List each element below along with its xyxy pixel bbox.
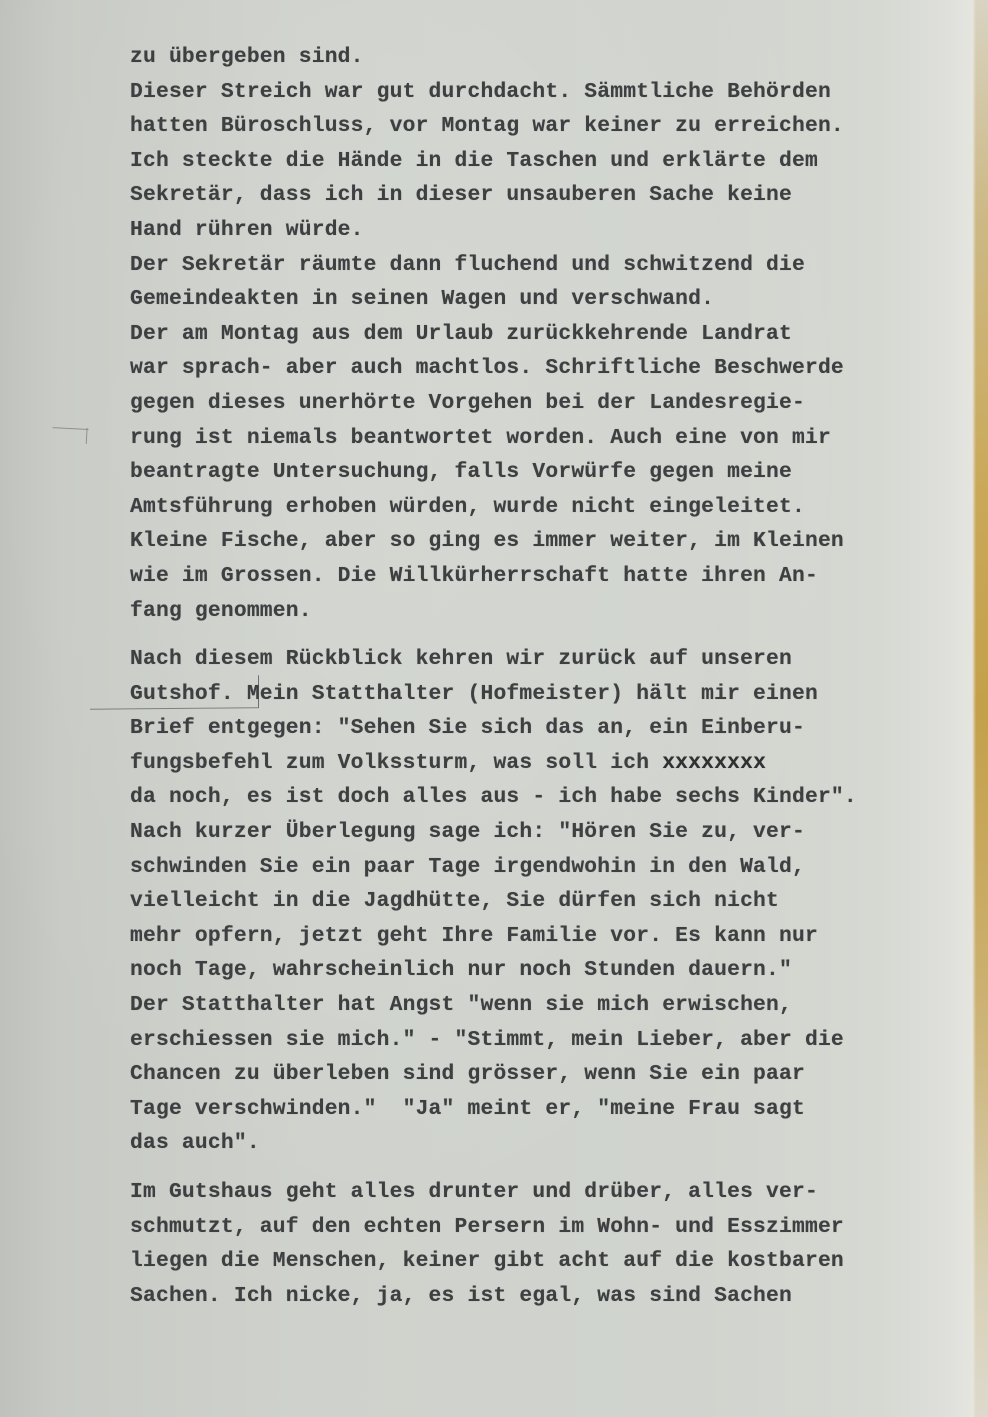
text-line: Dieser Streich war gut durchdacht. Sämmt… — [130, 75, 930, 110]
text-line: Hand rühren würde. — [130, 213, 930, 248]
paragraph-gap — [130, 628, 930, 642]
text-line: schwinden Sie ein paar Tage irgendwohin … — [130, 850, 930, 885]
paragraph-2: Nach diesem Rückblick kehren wir zurück … — [130, 642, 930, 1161]
text-line-with-strikeout: fungsbefehl zum Volkssturm, was soll ich… — [130, 746, 930, 781]
text-line: vielleicht in die Jagdhütte, Sie dürfen … — [130, 884, 930, 919]
text-line: rung ist niemals beantwortet worden. Auc… — [130, 421, 930, 456]
text-line: erschiessen sie mich." - "Stimmt, mein L… — [130, 1023, 930, 1058]
text-line: noch Tage, wahrscheinlich nur noch Stund… — [130, 953, 930, 988]
text-line: Kleine Fische, aber so ging es immer wei… — [130, 524, 930, 559]
text-line: Tage verschwinden." "Ja" meint er, "mein… — [130, 1092, 930, 1127]
text-line: hatten Büroschluss, vor Montag war keine… — [130, 109, 930, 144]
struck-out-text: xxxxxxxx — [662, 751, 766, 775]
text-line: Nach diesem Rückblick kehren wir zurück … — [130, 642, 930, 677]
text-line: das auch". — [130, 1126, 930, 1161]
text-line: gegen dieses unerhörte Vorgehen bei der … — [130, 386, 930, 421]
paper-edge — [972, 0, 988, 1417]
text-line: beantragte Untersuchung, falls Vorwürfe … — [130, 455, 930, 490]
text-line: Nach kurzer Überlegung sage ich: "Hören … — [130, 815, 930, 850]
text-line: schmutzt, auf den echten Persern im Wohn… — [130, 1210, 930, 1245]
text-line: Im Gutshaus geht alles drunter und drübe… — [130, 1175, 930, 1210]
text-line: Chancen zu überleben sind grösser, wenn … — [130, 1057, 930, 1092]
text-segment: fungsbefehl zum Volkssturm, was soll ich — [130, 751, 662, 775]
text-line: Ich steckte die Hände in die Taschen und… — [130, 144, 930, 179]
text-line: liegen die Menschen, keiner gibt acht au… — [130, 1244, 930, 1279]
text-line: mehr opfern, jetzt geht Ihre Familie vor… — [130, 919, 930, 954]
text-line: Der Statthalter hat Angst "wenn sie mich… — [130, 988, 930, 1023]
paragraph-3: Im Gutshaus geht alles drunter und drübe… — [130, 1175, 930, 1313]
text-line: da noch, es ist doch alles aus - ich hab… — [130, 780, 930, 815]
text-line: fang genommen. — [130, 594, 930, 629]
document-body: zu übergeben sind. Dieser Streich war gu… — [130, 40, 930, 1313]
text-line: Brief entgegen: "Sehen Sie sich das an, … — [130, 711, 930, 746]
text-line: war sprach- aber auch machtlos. Schriftl… — [130, 351, 930, 386]
paragraph-gap — [130, 1161, 930, 1175]
paragraph-1: zu übergeben sind. Dieser Streich war gu… — [130, 40, 930, 628]
text-line: Sachen. Ich nicke, ja, es ist egal, was … — [130, 1279, 930, 1314]
pencil-margin-mark — [51, 427, 88, 450]
text-line: Gutshof. Mein Statthalter (Hofmeister) h… — [130, 677, 930, 712]
text-line: Der am Montag aus dem Urlaub zurückkehre… — [130, 317, 930, 352]
text-line: Amtsführung erhoben würden, wurde nicht … — [130, 490, 930, 525]
text-line: wie im Grossen. Die Willkürherrschaft ha… — [130, 559, 930, 594]
text-line: Der Sekretär räumte dann fluchend und sc… — [130, 248, 930, 283]
text-line: Sekretär, dass ich in dieser unsauberen … — [130, 178, 930, 213]
text-line: Gemeindeakten in seinen Wagen und versch… — [130, 282, 930, 317]
text-line: zu übergeben sind. — [130, 40, 930, 75]
